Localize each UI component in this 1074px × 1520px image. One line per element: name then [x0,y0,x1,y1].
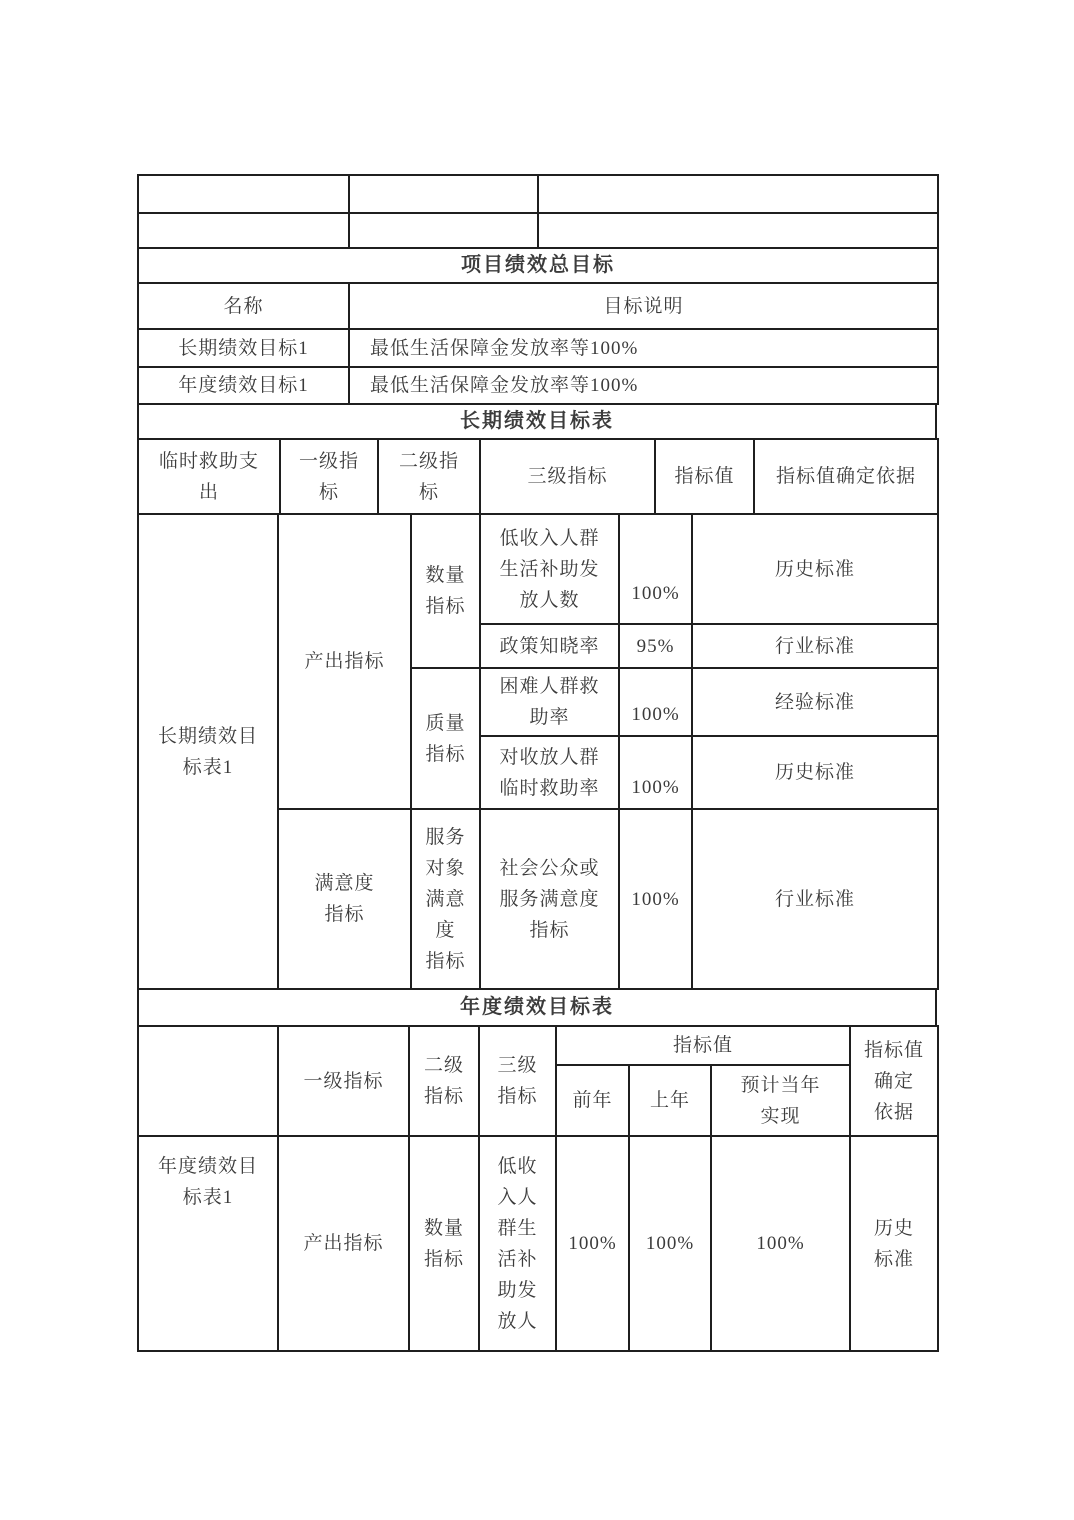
lt-indicator-value: 100% [619,809,692,989]
annual-body-table: 年度绩效目 标表1 产出指标 数量 指标 低收 入人 群生 活补 助发 放人 1… [137,1135,939,1352]
lt-header-level3: 三级指标 [480,439,655,514]
lt-indicator-basis: 行业标准 [692,624,938,668]
lt-level1-satisfaction: 满意度 指标 [278,809,411,989]
overall-goal-desc: 最低生活保障金发放率等100% [349,367,938,404]
annual-value-current: 100% [711,1136,850,1351]
lt-indicator: 政策知晓率 [480,624,619,668]
lt-indicator-value: 95% [619,624,692,668]
overall-col-header-desc: 目标说明 [349,283,938,329]
annual-basis: 历史 标准 [850,1136,938,1351]
overall-col-header-name: 名称 [138,283,349,329]
lt-indicator-basis: 经验标准 [692,668,938,736]
annual-indicator: 低收 入人 群生 活补 助发 放人 [479,1136,556,1351]
lt-indicator: 困难人群救 助率 [480,668,619,736]
annual-row-label: 年度绩效目 标表1 [138,1136,278,1351]
lt-indicator: 对收放人群 临时救助率 [480,736,619,809]
lt-header-level1: 一级指 标 [280,439,378,514]
long-term-body-table: 长期绩效目 标表1 产出指标 数量 指标 低收入人群 生活补助发 放人数 100… [137,513,939,990]
overall-goal-name: 长期绩效目标1 [138,329,349,367]
annual-header-prev2: 前年 [556,1065,629,1136]
lt-header-basis: 指标值确定依据 [754,439,938,514]
empty-cell [138,175,349,213]
empty-cell [138,213,349,248]
lt-level2-quality: 质量 指标 [411,668,480,809]
annual-header-table: 一级指标 二级 指标 三级 指标 指标值 指标值 确定 依据 前年 上年 预计当… [137,1025,939,1137]
overall-goal-table: 项目绩效总目标 名称 目标说明 长期绩效目标1 最低生活保障金发放率等100% … [137,247,939,405]
lt-indicator: 社会公众或 服务满意度 指标 [480,809,619,989]
lt-row-label: 长期绩效目 标表1 [138,514,278,989]
lt-indicator-basis: 历史标准 [692,514,938,624]
lt-indicator: 低收入人群 生活补助发 放人数 [480,514,619,624]
lt-level2-quantity: 数量 指标 [411,514,480,668]
lt-header-value: 指标值 [655,439,754,514]
lt-header-level2: 二级指 标 [378,439,480,514]
empty-cell [349,175,538,213]
annual-header-value-group: 指标值 [556,1026,850,1065]
annual-header-level2: 二级 指标 [409,1026,479,1136]
annual-title-table: 年度绩效目标表 [137,988,937,1027]
annual-level2: 数量 指标 [409,1136,479,1351]
document-page: 项目绩效总目标 名称 目标说明 长期绩效目标1 最低生活保障金发放率等100% … [0,0,1074,1520]
top-empty-table [137,174,939,249]
performance-tables: 项目绩效总目标 名称 目标说明 长期绩效目标1 最低生活保障金发放率等100% … [137,174,937,1352]
overall-goal-title: 项目绩效总目标 [138,248,938,283]
lt-indicator-basis: 历史标准 [692,736,938,809]
lt-level1-output: 产出指标 [278,514,411,809]
empty-cell [538,175,938,213]
annual-header-prev1: 上年 [629,1065,711,1136]
annual-level1: 产出指标 [278,1136,409,1351]
annual-header-current: 预计当年 实现 [711,1065,850,1136]
empty-cell [349,213,538,248]
annual-value-prev1: 100% [629,1136,711,1351]
annual-header-level1: 一级指标 [278,1026,409,1136]
lt-level2-service: 服务 对象 满意 度 指标 [411,809,480,989]
lt-indicator-value: 100% [619,736,692,809]
lt-indicator-basis: 行业标准 [692,809,938,989]
lt-indicator-value: 100% [619,668,692,736]
overall-goal-name: 年度绩效目标1 [138,367,349,404]
annual-header-level3: 三级 指标 [479,1026,556,1136]
long-term-table-title: 长期绩效目标表 [138,404,936,439]
lt-header-project: 临时救助支 出 [138,439,280,514]
annual-header-basis: 指标值 确定 依据 [850,1026,938,1136]
overall-goal-desc: 最低生活保障金发放率等100% [349,329,938,367]
annual-header-empty [138,1026,278,1136]
annual-table-title: 年度绩效目标表 [138,989,936,1026]
long-term-title-table: 长期绩效目标表 [137,403,937,440]
empty-cell [538,213,938,248]
lt-indicator-value: 100% [619,514,692,624]
long-term-header-table: 临时救助支 出 一级指 标 二级指 标 三级指标 指标值 指标值确定依据 [137,438,939,515]
annual-value-prev2: 100% [556,1136,629,1351]
